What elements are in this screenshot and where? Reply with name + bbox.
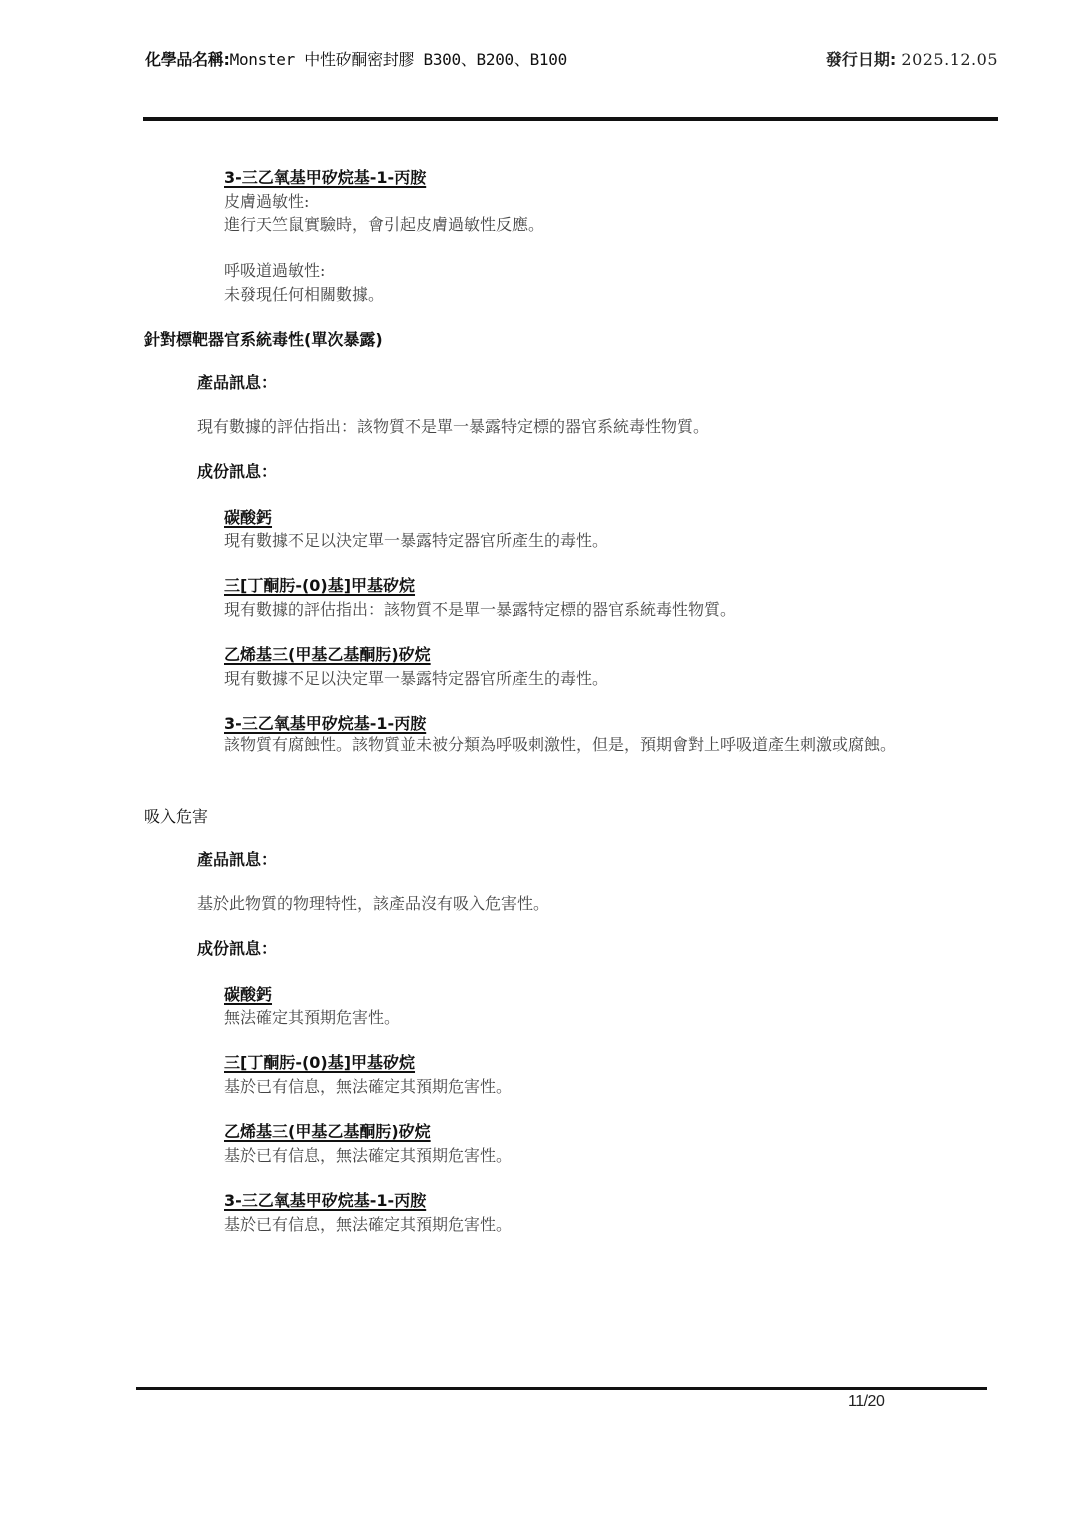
skin-sensitization-label: 皮膚過敏性: [224, 189, 309, 212]
component-text: 該物質有腐蝕性。該物質並未被分類為呼吸刺激性，但是，預期會對上呼吸道產生刺激或腐… [224, 733, 969, 757]
component-name: 3-三乙氧基甲矽烷基-1-丙胺 [224, 165, 426, 188]
product-info-text: 基於此物質的物理特性，該產品沒有吸入危害性。 [197, 891, 549, 914]
respiratory-sensitization-label: 呼吸道過敏性: [224, 258, 325, 281]
page-header: 化學品名稱:Monster 中性矽酮密封膠 B300、B200、B100 發行日… [145, 47, 998, 75]
component-text: 現有數據的評估指出：該物質不是單一暴露特定標的器官系統毒性物質。 [224, 597, 736, 620]
footer-divider [136, 1387, 987, 1390]
respiratory-sensitization-text: 未發現任何相關數據。 [224, 282, 384, 305]
product-name-label: 化學品名稱: [145, 50, 230, 69]
issue-date-label: 發行日期: [826, 50, 896, 69]
component-text: 基於已有信息，無法確定其預期危害性。 [224, 1074, 512, 1097]
component-text: 現有數據不足以決定單一暴露特定器官所產生的毒性。 [224, 666, 608, 689]
section-title-aspiration-hazard: 吸入危害 [144, 804, 208, 827]
component-name: 三[丁酮肟-(0)基]甲基矽烷 [224, 573, 415, 596]
product-name-value: Monster 中性矽酮密封膠 B300、B200、B100 [230, 50, 567, 69]
component-name: 乙烯基三(甲基乙基酮肟)矽烷 [224, 1119, 431, 1142]
component-name: 3-三乙氧基甲矽烷基-1-丙胺 [224, 711, 426, 734]
component-info-label: 成份訊息： [197, 936, 277, 959]
skin-sensitization-text: 進行天竺鼠實驗時，會引起皮膚過敏性反應。 [224, 212, 544, 235]
component-name: 乙烯基三(甲基乙基酮肟)矽烷 [224, 642, 431, 665]
product-name-header: 化學品名稱:Monster 中性矽酮密封膠 B300、B200、B100 [145, 47, 567, 70]
product-info-label: 產品訊息： [197, 847, 277, 870]
issue-date-header: 發行日期: 2025.12.05 [826, 47, 998, 70]
component-info-label: 成份訊息： [197, 459, 277, 482]
component-text: 基於已有信息，無法確定其預期危害性。 [224, 1212, 512, 1235]
section-title-stot-single: 針對標靶器官系統毒性(單次暴露) [144, 327, 383, 350]
component-text: 現有數據不足以決定單一暴露特定器官所產生的毒性。 [224, 528, 608, 551]
page-number: 11/20 [848, 1393, 884, 1411]
component-text: 無法確定其預期危害性。 [224, 1005, 400, 1028]
component-name: 3-三乙氧基甲矽烷基-1-丙胺 [224, 1188, 426, 1211]
product-info-label: 產品訊息： [197, 370, 277, 393]
component-text: 基於已有信息，無法確定其預期危害性。 [224, 1143, 512, 1166]
component-name: 碳酸鈣 [224, 505, 272, 528]
header-divider [143, 117, 998, 121]
component-name: 碳酸鈣 [224, 982, 272, 1005]
component-name: 三[丁酮肟-(0)基]甲基矽烷 [224, 1050, 415, 1073]
product-info-text: 現有數據的評估指出：該物質不是單一暴露特定標的器官系統毒性物質。 [197, 414, 709, 437]
issue-date-value: 2025.12.05 [901, 50, 998, 69]
